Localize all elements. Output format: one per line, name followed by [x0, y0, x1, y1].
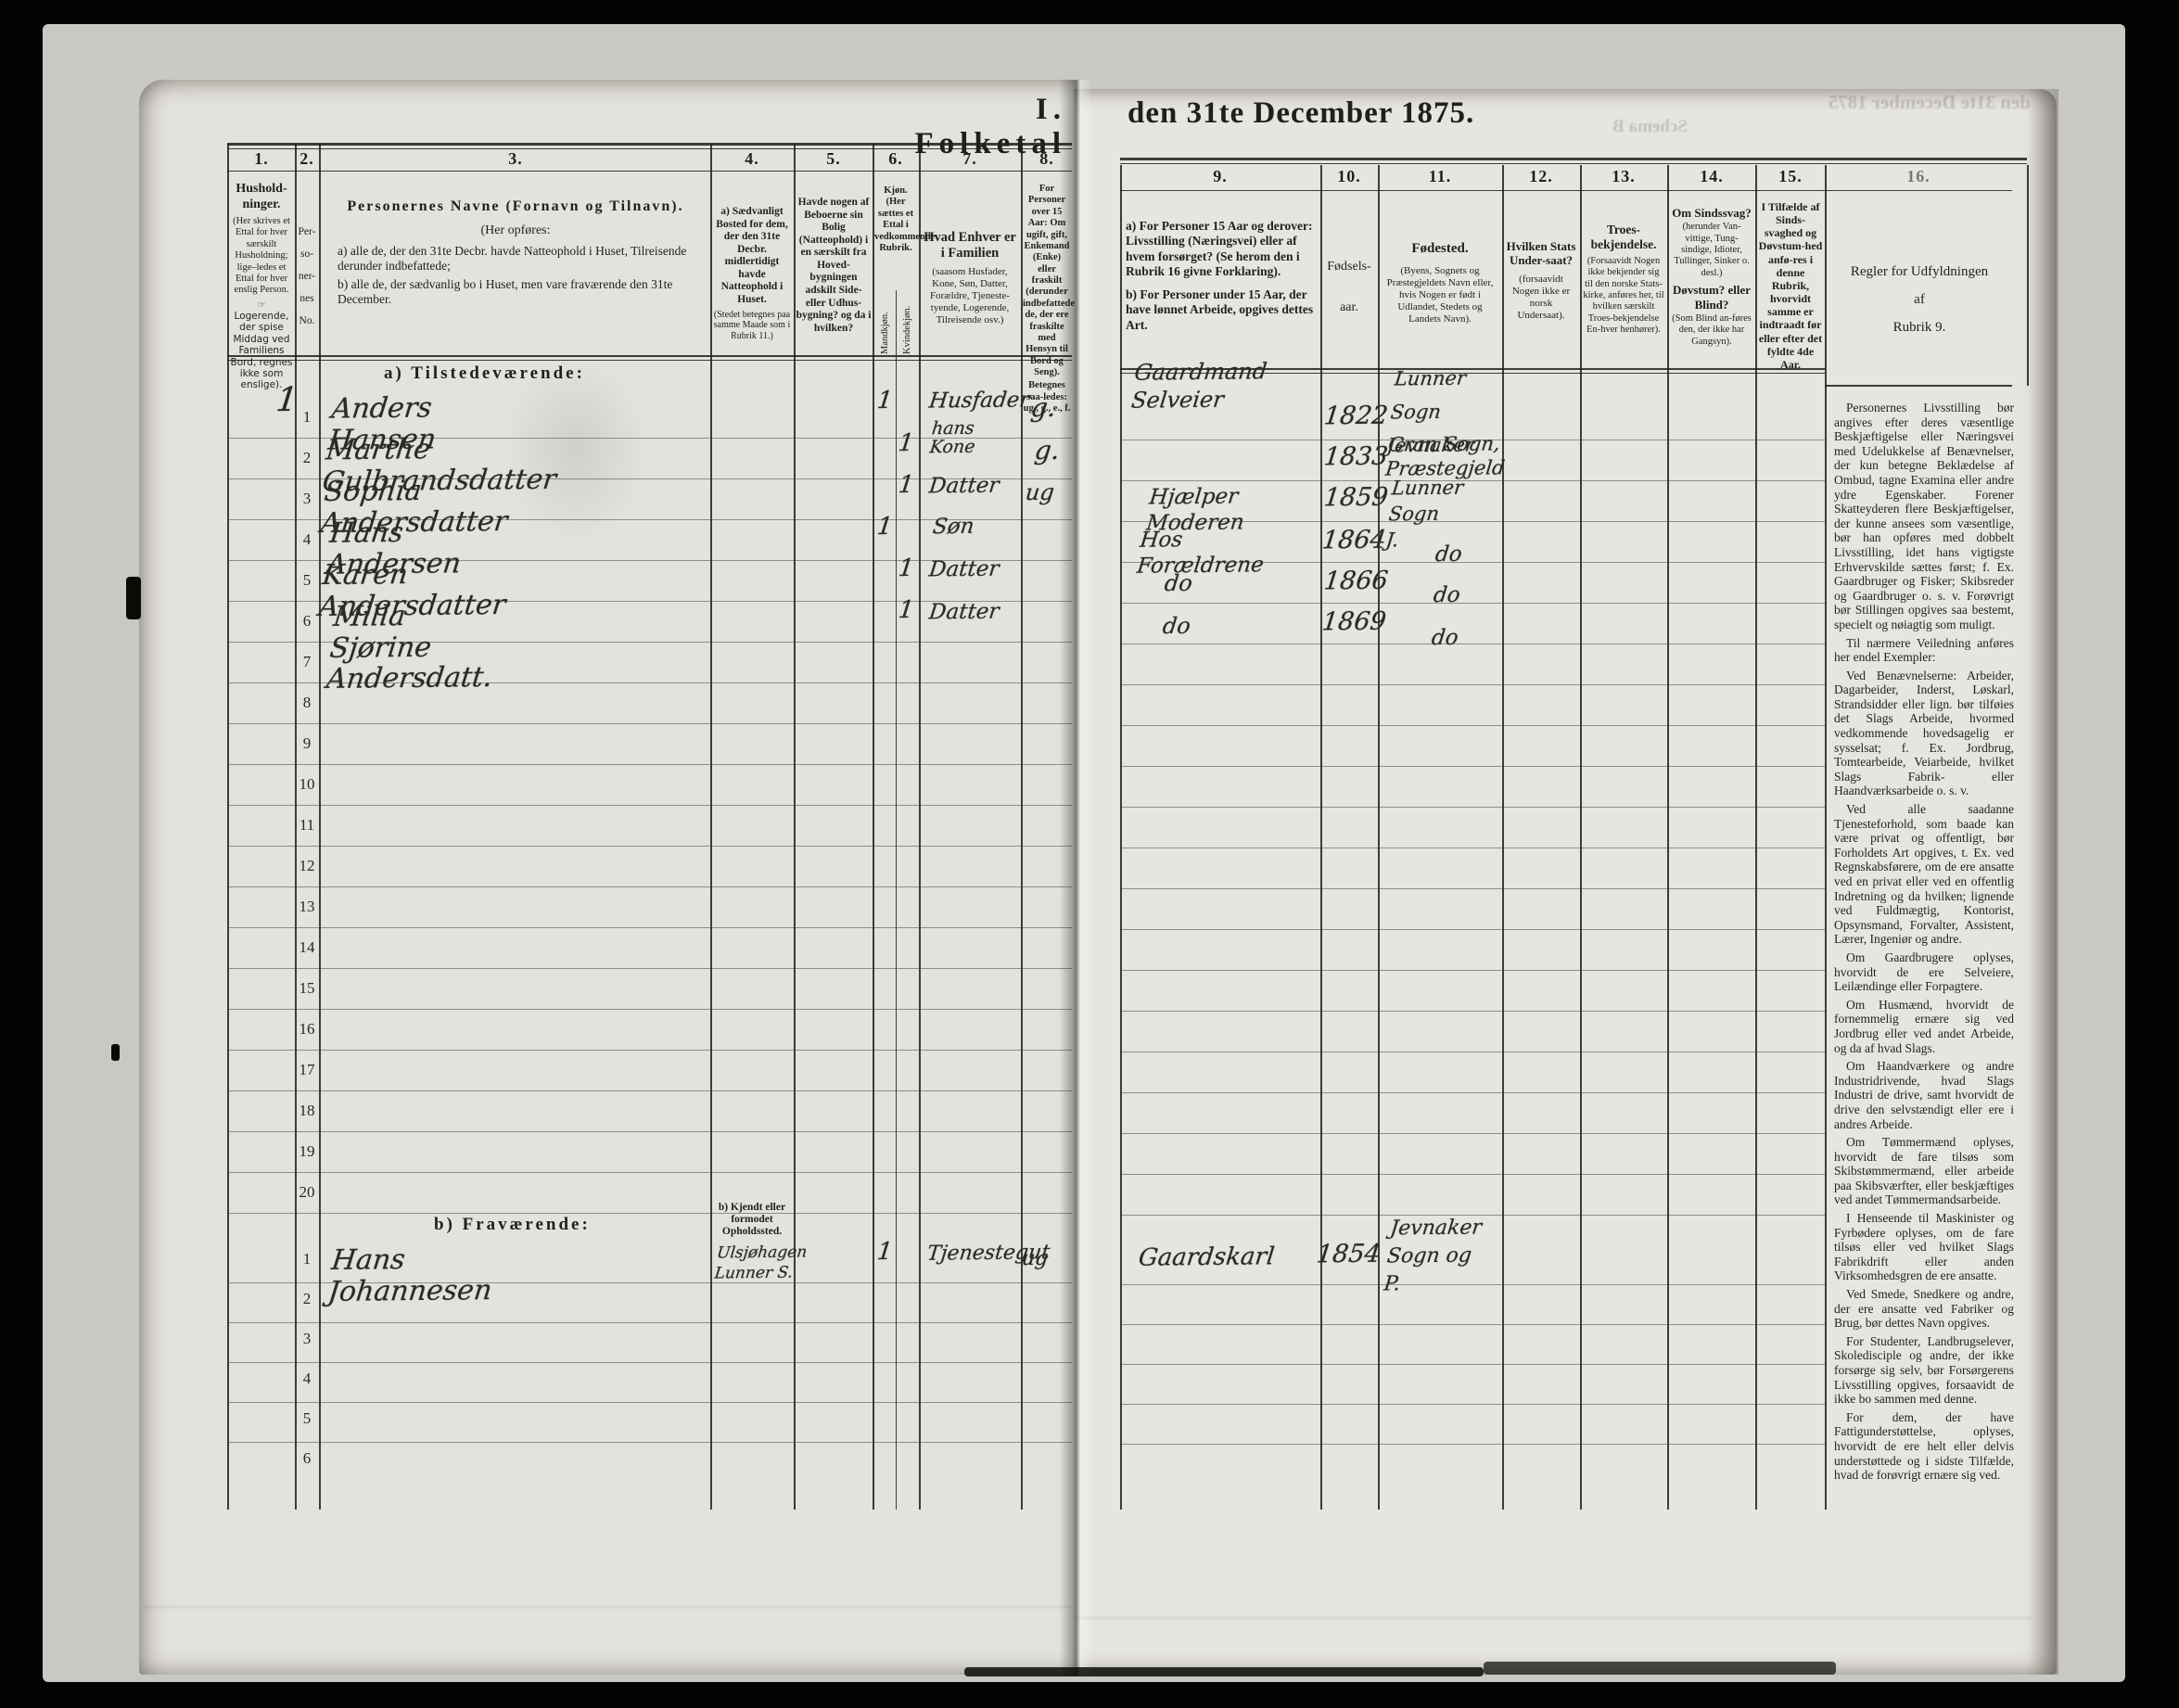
row-number: 1 — [295, 408, 319, 427]
bleed-through-label: Schema B — [1567, 117, 1688, 137]
row-line — [227, 1442, 1072, 1443]
row-number: 12 — [295, 857, 319, 875]
birth-year: 1864 — [1320, 527, 1387, 555]
row-line — [1120, 1092, 1825, 1093]
row-line — [1120, 848, 1825, 848]
female-mark: 1 — [897, 472, 915, 499]
col-3-item-b: b) alle de, der sædvanlig bo i Huset, me… — [323, 277, 708, 307]
rules-paragraph: Til nærmere Veiledning anføres her endel… — [1834, 636, 2014, 665]
row-line — [1120, 1174, 1825, 1175]
col-6-female-label: Kvindekjøn. — [902, 306, 912, 354]
table-rule-horizontal — [1120, 190, 2012, 191]
row-number: 2 — [295, 1290, 319, 1308]
row-line — [1120, 480, 1825, 481]
section-a-label: a) Tilstedeværende: — [384, 363, 585, 384]
row-line — [1120, 603, 1825, 604]
col-15-header: I Tilfælde af Sinds-svaghed og Døvstum-h… — [1758, 200, 1823, 371]
col-7-title: Hvad Enhver er i Familien — [921, 230, 1019, 261]
column-rule-vertical — [794, 144, 796, 1510]
row-number: 18 — [295, 1102, 319, 1120]
column-rule-vertical — [1378, 165, 1380, 1510]
row-number: 5 — [295, 1409, 319, 1428]
person-name: Milla Sjørine Andersdatt. — [325, 600, 501, 695]
col-14-title1: Om Sindssvag? — [1670, 206, 1753, 220]
row-line — [227, 927, 1072, 928]
column-rule-vertical — [1502, 165, 1504, 1510]
row-line — [1120, 725, 1825, 726]
row-line — [227, 1050, 1072, 1051]
column-rule-vertical — [1320, 165, 1322, 1510]
row-number: 9 — [295, 734, 319, 753]
col-14-number: 14. — [1684, 167, 1739, 186]
row-number: 6 — [295, 612, 319, 631]
col-5-text: Havde nogen af Beboerne sin Bolig (Natte… — [796, 197, 872, 335]
column-rule-vertical — [1755, 165, 1757, 1510]
marital-status: g. — [1033, 436, 1061, 465]
row-number: 7 — [295, 653, 319, 671]
row-line — [1120, 970, 1825, 971]
scan-speck — [111, 1044, 120, 1061]
col-10-header: Fødsels- aar. — [1323, 247, 1375, 328]
rules-paragraph: For dem, der have Fattigunderstøttelse, … — [1834, 1410, 2014, 1483]
female-mark: 1 — [897, 430, 915, 457]
col-12-note: (forsaavidt Nogen ikke er norsk Undersaa… — [1505, 274, 1577, 322]
col-7-header: Hvad Enhver er i Familien (saasom Husfad… — [921, 230, 1019, 326]
rules-paragraph: Om Haandværkere og andre Industridrivend… — [1834, 1059, 2014, 1131]
marital-status: ug — [1024, 480, 1055, 505]
rules-paragraph: Om Husmænd, hvorvidt de fornemmelig ernæ… — [1834, 998, 2014, 1055]
birthplace: Gran Sogn, Præstegjeld — [1384, 431, 1509, 480]
col-9-header: a) For Personer 15 Aar og derover: Livss… — [1126, 219, 1315, 333]
col-15-number: 15. — [1763, 167, 1818, 186]
row-line — [1120, 1444, 1825, 1445]
row-line — [227, 805, 1072, 806]
row-line — [1120, 807, 1825, 808]
row-line — [227, 723, 1072, 724]
col-1-title: Hushold- ninger. — [230, 182, 293, 212]
section-b-label: b) Fraværende: — [434, 1215, 591, 1235]
col-10-number: 10. — [1321, 167, 1377, 186]
row-number: 15 — [295, 979, 319, 998]
scan-smudge — [964, 1667, 1484, 1676]
family-position: hans Kone — [929, 419, 978, 457]
col-13-number: 13. — [1596, 167, 1651, 186]
col-3-number: 3. — [488, 149, 543, 169]
col-5-header: Havde nogen af Beboerne sin Bolig (Natte… — [796, 197, 872, 335]
row-line — [227, 764, 1072, 765]
col-7-number: 7. — [942, 149, 998, 169]
birthplace: Lunner Sogn J. — [1384, 475, 1465, 554]
male-mark: 1 — [875, 388, 894, 414]
table-rule-horizontal — [227, 360, 1072, 361]
male-mark: 1 — [875, 1239, 894, 1266]
row-line — [227, 968, 1072, 969]
column-rule-vertical — [1667, 165, 1669, 1510]
rules-paragraph: Om Gaardbrugere oplyses, hvorvidt de ere… — [1834, 950, 2014, 994]
col-11-header: Fødested. (Byens, Sognets og Præstegjeld… — [1381, 241, 1499, 325]
row-line — [227, 846, 1072, 847]
rules-paragraph: Om Tømmermænd oplyses, hvorvidt de fare … — [1834, 1135, 2014, 1207]
family-position: Datter — [928, 475, 1000, 500]
col-3-sub: (Her opføres: — [323, 223, 708, 239]
col-6-header: Kjøn. (Her sættes et Ettal i vedkommende… — [874, 185, 917, 254]
column-rule-vertical — [1120, 165, 1122, 1510]
row-line — [227, 1131, 1072, 1132]
rules-paragraph: Ved alle saadanne Tjenesteforhold, som b… — [1834, 802, 2014, 947]
table-rule-horizontal — [1825, 385, 2012, 387]
rules-paragraph: Ved Benævnelserne: Arbeider, Dagarbeider… — [1834, 669, 2014, 798]
col-2-number: 2. — [279, 149, 335, 169]
birth-year: 1854 — [1315, 1241, 1382, 1269]
crease-left — [144, 1606, 1071, 1608]
col-13-note: (Forsaavidt Nogen ikke bekjender sig til… — [1583, 256, 1664, 337]
column-rule-vertical — [710, 144, 712, 1510]
col-4-number: 4. — [724, 149, 780, 169]
row-number: 2 — [295, 449, 319, 467]
birthplace: Jevnaker Sogn og P. — [1383, 1214, 1484, 1298]
col-11-number: 11. — [1412, 167, 1468, 186]
page-fold-seam — [1059, 80, 1092, 1676]
female-mark: 1 — [897, 555, 915, 582]
row-number: 14 — [295, 938, 319, 957]
col-13-title: Troes-bekjendelse. — [1583, 223, 1664, 252]
section-b-residence-header: b) Kjendt eller formodet Opholdssted. — [710, 1202, 794, 1239]
column-rule-vertical — [873, 144, 874, 1510]
female-mark: 1 — [897, 597, 915, 624]
row-number: 16 — [295, 1020, 319, 1039]
row-line — [1120, 644, 1825, 644]
row-number: 5 — [295, 571, 319, 590]
column-rule-vertical — [319, 144, 321, 1510]
rules-for-rubrik-9: Personernes Livsstilling bør angives eft… — [1834, 401, 2014, 1549]
col-14-note1: (herunder Van-vittige, Tung-sindige, Idi… — [1670, 222, 1753, 279]
col-3-header: Personernes Navne (Fornavn og Tilnavn). … — [323, 198, 708, 307]
col-14-header: Om Sindssvag? (herunder Van-vittige, Tun… — [1670, 206, 1753, 348]
row-line — [1120, 1133, 1825, 1134]
scan-smudge — [1484, 1662, 1836, 1675]
bleed-through-title: den 31te December 1875 — [1715, 91, 2031, 114]
row-number: 20 — [295, 1183, 319, 1202]
row-number: 1 — [295, 1250, 319, 1268]
page-edge-shadow — [2027, 89, 2058, 1675]
person-name: Hans Johannesen — [326, 1243, 497, 1307]
row-line — [1120, 1364, 1825, 1365]
row-line — [227, 1322, 1072, 1323]
col-4-text: a) Sædvanligt Bosted for dem, der den 31… — [712, 206, 792, 307]
column-rule-vertical — [2027, 165, 2029, 386]
page-title-right: den 31te December 1875. — [1128, 96, 1474, 131]
col-4-note: (Stedet betegnes paa samme Maade som i R… — [712, 310, 792, 342]
col-14-note2: (Som Blind an-føres den, der ikke har Ga… — [1670, 313, 1753, 348]
rules-paragraph: Ved Smede, Snedkere og andre, der ere an… — [1834, 1287, 2014, 1331]
family-position: Søn — [932, 516, 975, 540]
marital-status: ug — [1021, 1248, 1050, 1271]
occupation: Gaardmand Selveier — [1130, 357, 1268, 414]
col-14-title2: Døvstum? eller Blind? — [1670, 283, 1753, 312]
col-4-header: a) Sædvanligt Bosted for dem, der den 31… — [712, 206, 792, 342]
col-9-item-a: a) For Personer 15 Aar og derover: Livss… — [1126, 219, 1315, 280]
birth-year: 1833 — [1322, 443, 1389, 472]
col-13-header: Troes-bekjendelse. (Forsaavidt Nogen ikk… — [1583, 223, 1664, 336]
row-number: 6 — [295, 1449, 319, 1468]
occupation: do — [1163, 571, 1193, 596]
row-line — [227, 1402, 1072, 1403]
col-6-text: Kjøn. (Her sættes et Ettal i vedkommende… — [874, 185, 917, 254]
row-number: 3 — [295, 1330, 319, 1348]
column-rule-vertical — [1825, 165, 1827, 1510]
birth-year: 1869 — [1320, 608, 1387, 637]
row-line — [1120, 1404, 1825, 1405]
row-number: 11 — [295, 816, 319, 835]
table-rule-horizontal — [227, 171, 1072, 172]
row-line — [227, 1009, 1072, 1010]
male-mark: 1 — [875, 514, 894, 541]
rules-paragraph: Personernes Livsstilling bør angives eft… — [1834, 401, 2014, 632]
row-line — [1120, 766, 1825, 767]
col-15-text: I Tilfælde af Sinds-svaghed og Døvstum-h… — [1758, 200, 1823, 371]
col-12-title: Hvilken Stats Under-saat? — [1505, 239, 1577, 268]
row-line — [227, 1213, 1072, 1214]
col-6-male-label: Mandkjøn. — [880, 312, 890, 354]
occupation: Gaardskarl — [1137, 1243, 1276, 1272]
crease-right — [1076, 1617, 2031, 1619]
col-11-note: (Byens, Sognets og Præstegjeldets Navn e… — [1381, 265, 1499, 325]
scan-speck — [126, 577, 141, 619]
birthplace: do — [1433, 584, 1462, 608]
rules-paragraph: I Henseende til Maskinister og Fyrbødere… — [1834, 1211, 2014, 1283]
birthplace: do — [1434, 543, 1464, 567]
row-line — [1120, 1011, 1825, 1012]
row-line — [1120, 929, 1825, 930]
marital-status: g. — [1029, 393, 1057, 423]
birth-year: 1859 — [1322, 484, 1389, 513]
rules-paragraph: For Studenter, Landbrugselever, Skoledis… — [1834, 1334, 2014, 1407]
row-line — [227, 886, 1072, 887]
col-6-number: 6. — [868, 149, 924, 169]
col-16-header: Regler for Udfyldningen af Rubrik 9. — [1827, 258, 2012, 341]
birth-year: 1866 — [1322, 567, 1389, 596]
table-rule-horizontal — [227, 355, 1072, 357]
row-number: 4 — [295, 1370, 319, 1388]
col-3-item-a: a) alle de, der den 31te Decbr. havde Na… — [323, 244, 708, 274]
col-7-note: (saasom Husfader, Kone, Søn, Datter, For… — [921, 266, 1019, 326]
row-line — [227, 1362, 1072, 1363]
census-scan-1875: den 31te December 1875 Schema B I. Folke… — [0, 0, 2179, 1708]
col-1-header: Hushold- ninger. (Her skrives et Ettal f… — [230, 182, 293, 391]
col-12-number: 12. — [1513, 167, 1569, 186]
row-line — [227, 1090, 1072, 1091]
row-line — [1120, 1052, 1825, 1052]
row-line — [227, 1172, 1072, 1173]
family-position: Husfader — [927, 389, 1030, 414]
row-number: 10 — [295, 775, 319, 794]
col-1-note2: ☞ Logerende, der spise Middag ved Famili… — [230, 300, 293, 391]
column-rule-vertical — [1580, 165, 1582, 1510]
row-number: 17 — [295, 1061, 319, 1079]
row-number: 4 — [295, 530, 319, 549]
known-residence: Ulsjøhagen Lunner S. — [713, 1242, 808, 1283]
row-number: 3 — [295, 490, 319, 508]
family-position: Datter — [928, 558, 1000, 583]
row-line — [1120, 684, 1825, 685]
col-11-title: Fødested. — [1381, 241, 1499, 258]
birth-year: 1822 — [1322, 402, 1389, 431]
col-9-number: 9. — [1192, 167, 1248, 186]
row-number: 13 — [295, 898, 319, 916]
col-3-title: Personernes Navne (Fornavn og Tilnavn). — [323, 198, 708, 216]
table-rule-horizontal — [1120, 158, 2027, 160]
col-9-item-b: b) For Personer under 15 Aar, der have l… — [1126, 287, 1315, 333]
household-number: 1 — [274, 382, 299, 420]
column-rule-vertical — [227, 144, 229, 1510]
row-line — [1120, 1324, 1825, 1325]
col-16-number: 16. — [1891, 167, 1946, 186]
family-position: Datter — [928, 601, 1000, 626]
col-1-note1: (Her skrives et Ettal for hver særskilt … — [230, 216, 293, 297]
row-number: 8 — [295, 694, 319, 712]
column-rule-vertical — [919, 144, 921, 1510]
birthplace: do — [1431, 627, 1460, 651]
col-2-header: Per- so- ner- nes No. — [295, 221, 319, 332]
col-12-header: Hvilken Stats Under-saat? (forsaavidt No… — [1505, 239, 1577, 322]
gender-subcolumn-rule — [896, 290, 897, 1510]
row-number: 19 — [295, 1142, 319, 1161]
occupation: do — [1161, 614, 1191, 639]
row-line — [1120, 888, 1825, 889]
col-5-number: 5. — [806, 149, 861, 169]
table-rule-horizontal — [1120, 163, 2027, 164]
occupation: Hos Forældrene — [1136, 526, 1268, 579]
